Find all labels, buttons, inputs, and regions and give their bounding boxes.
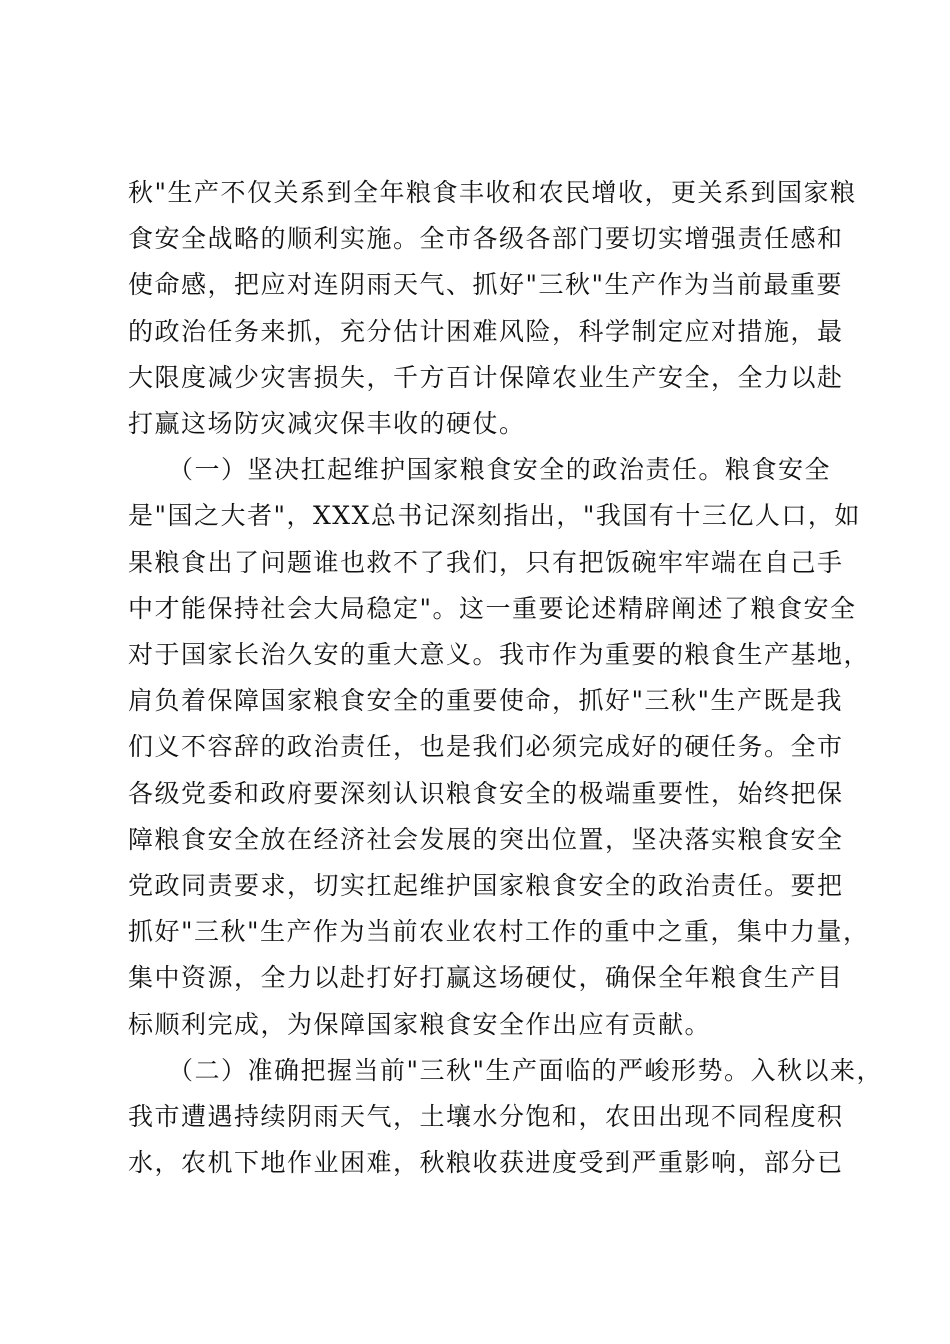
text-line: 果粮食出了问题谁也救不了我们，只有把饭碗牢牢端在自己手 (128, 540, 831, 586)
text-line: 大限度减少灾害损失，千方百计保障农业生产安全，全力以赴 (128, 355, 831, 401)
text-line: 中才能保持社会大局稳定"。这一重要论述精辟阐述了粮食安全 (128, 586, 831, 632)
paragraph-intro-continuation: 秋"生产不仅关系到全年粮食丰收和农民增收，更关系到国家粮 食安全战略的顺利实施。… (128, 170, 831, 447)
text-line: 各级党委和政府要深刻认识粮食安全的极端重要性，始终把保 (128, 771, 831, 817)
paragraph-section-2: （二）准确把握当前"三秋"生产面临的严峻形势。入秋以来， 我市遭遇持续阴雨天气，… (128, 1048, 831, 1187)
section-heading-line: （一）坚决扛起维护国家粮食安全的政治责任。粮食安全 (128, 447, 831, 493)
text-line: 的政治任务来抓，充分估计困难风险，科学制定应对措施，最 (128, 309, 831, 355)
text-line: 障粮食安全放在经济社会发展的突出位置，坚决落实粮食安全 (128, 817, 831, 863)
text-line: 集中资源，全力以赴打好打赢这场硬仗，确保全年粮食生产目 (128, 955, 831, 1001)
text-line: 是"国之大者"，XXX总书记深刻指出，"我国有十三亿人口，如 (128, 493, 831, 539)
text-line: 对于国家长治久安的重大意义。我市作为重要的粮食生产基地， (128, 632, 831, 678)
text-line: 水，农机下地作业困难，秋粮收获进度受到严重影响，部分已 (128, 1140, 831, 1186)
section-heading-line: （二）准确把握当前"三秋"生产面临的严峻形势。入秋以来， (128, 1048, 831, 1094)
text-line: 打赢这场防灾减灾保丰收的硬仗。 (128, 401, 831, 447)
text-line: 标顺利完成，为保障国家粮食安全作出应有贡献。 (128, 1002, 831, 1048)
text-line: 党政同责要求，切实扛起维护国家粮食安全的政治责任。要把 (128, 863, 831, 909)
text-line: 我市遭遇持续阴雨天气，土壤水分饱和，农田出现不同程度积 (128, 1094, 831, 1140)
text-line: 肩负着保障国家粮食安全的重要使命，抓好"三秋"生产既是我 (128, 678, 831, 724)
text-line: 们义不容辞的政治责任，也是我们必须完成好的硬任务。全市 (128, 724, 831, 770)
text-line: 食安全战略的顺利实施。全市各级各部门要切实增强责任感和 (128, 216, 831, 262)
document-page: 秋"生产不仅关系到全年粮食丰收和农民增收，更关系到国家粮 食安全战略的顺利实施。… (128, 170, 831, 1186)
text-line: 使命感，把应对连阴雨天气、抓好"三秋"生产作为当前最重要 (128, 262, 831, 308)
text-line: 抓好"三秋"生产作为当前农业农村工作的重中之重，集中力量， (128, 909, 831, 955)
text-line: 秋"生产不仅关系到全年粮食丰收和农民增收，更关系到国家粮 (128, 170, 831, 216)
paragraph-section-1: （一）坚决扛起维护国家粮食安全的政治责任。粮食安全 是"国之大者"，XXX总书记… (128, 447, 831, 1048)
